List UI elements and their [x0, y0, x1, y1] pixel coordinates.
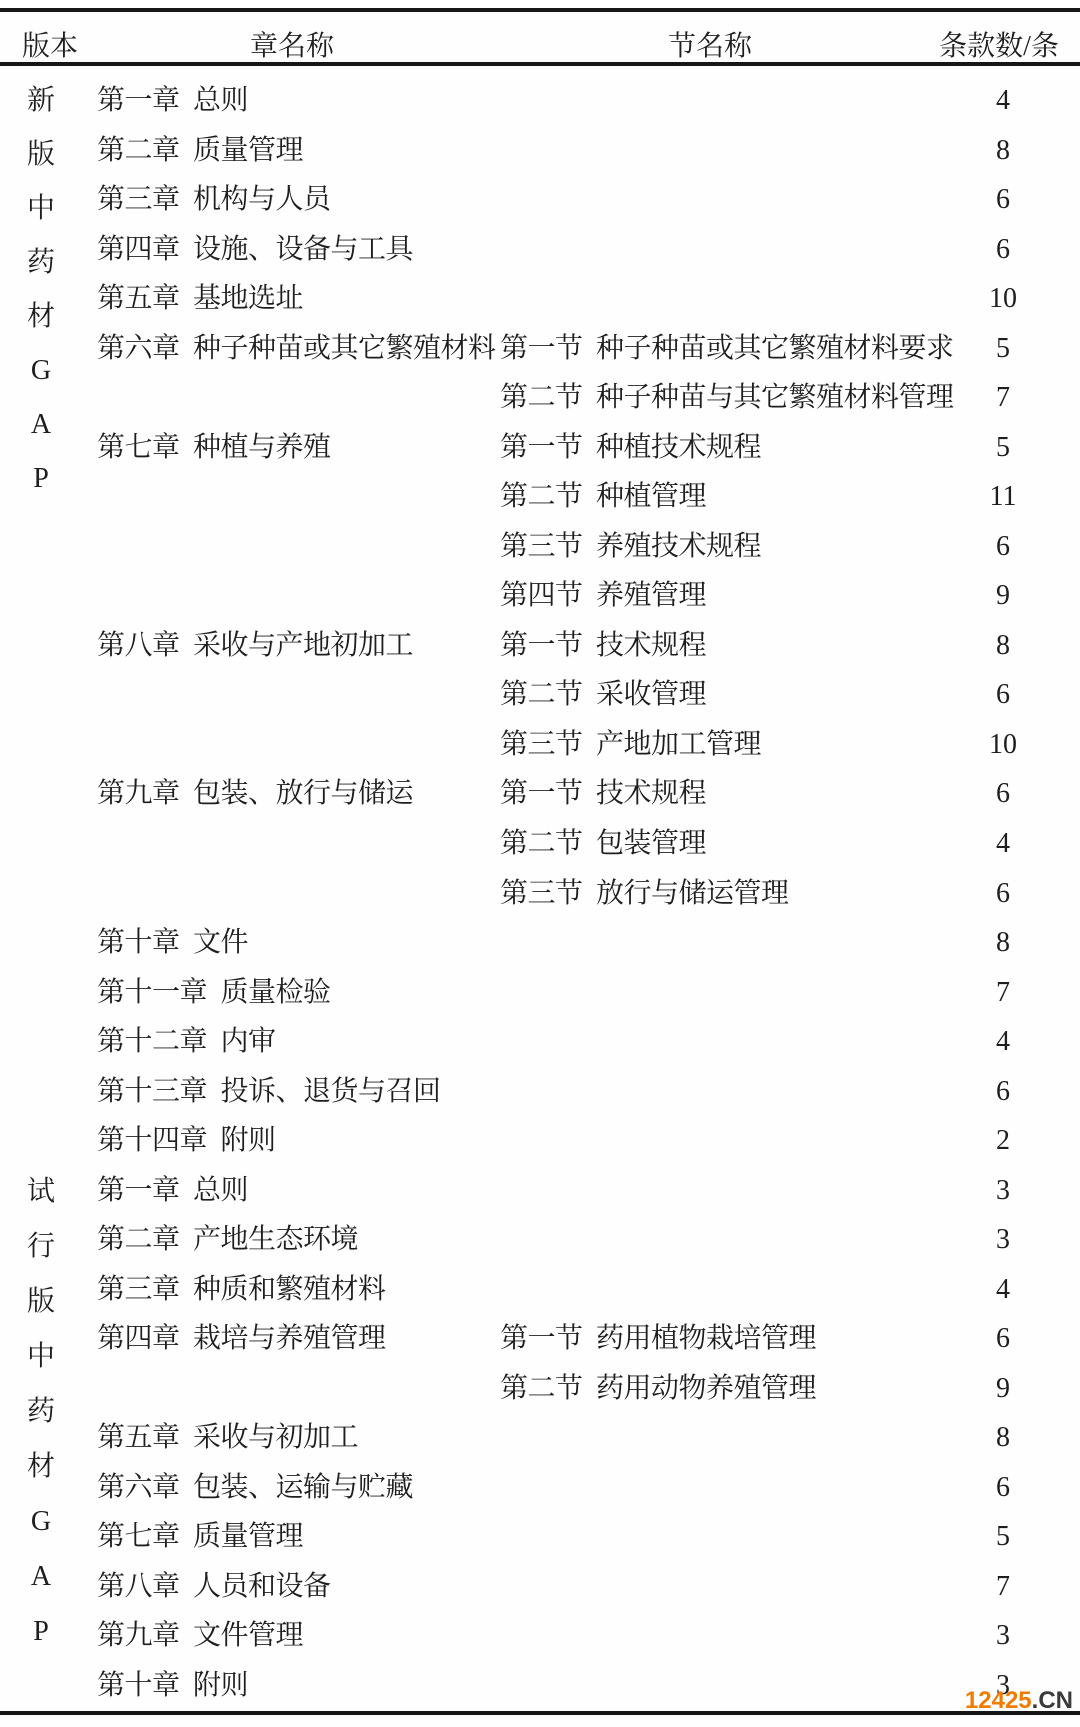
version-label-char: A [24, 1549, 58, 1604]
article-count-cell: 9 [951, 571, 1055, 621]
chapter-name-cell: 第八章 采收与产地初加工 [97, 621, 413, 671]
article-count-cell: 10 [951, 274, 1055, 324]
table-row: 第十章 文件8 [0, 918, 1080, 968]
section-name-cell: 第一节 种植技术规程 [500, 423, 761, 473]
chapter-name-cell: 第三章 种质和繁殖材料 [97, 1265, 386, 1315]
article-count-cell: 8 [951, 621, 1055, 671]
section-name-cell: 第四节 养殖管理 [500, 571, 706, 621]
chapter-name-cell: 第七章 质量管理 [97, 1512, 303, 1562]
table-row: 第八章 人员和设备7 [0, 1562, 1080, 1612]
section-name-cell: 第二节 包装管理 [500, 819, 706, 869]
article-count-cell: 6 [951, 769, 1055, 819]
table-row: 第十一章 质量检验7 [0, 968, 1080, 1018]
article-count-cell: 8 [951, 918, 1055, 968]
table-row: 第五章 基地选址10 [0, 274, 1080, 324]
article-count-cell: 11 [951, 472, 1055, 522]
article-count-cell: 8 [951, 1413, 1055, 1463]
chapter-name-cell: 第二章 质量管理 [97, 126, 303, 176]
table-row: 第三节 产地加工管理10 [0, 720, 1080, 770]
table-row: 第三节 养殖技术规程6 [0, 522, 1080, 572]
article-count-cell: 3 [951, 1166, 1055, 1216]
chapter-name-cell: 第四章 设施、设备与工具 [97, 225, 413, 275]
article-count-cell: 4 [951, 1017, 1055, 1067]
chapter-name-cell: 第十一章 质量检验 [97, 968, 331, 1018]
table-row: 第二节 包装管理4 [0, 819, 1080, 869]
chapter-name-cell: 第十章 文件 [97, 918, 248, 968]
article-count-cell: 4 [951, 819, 1055, 869]
header-section-name: 节名称 [668, 24, 752, 64]
table-top-border [0, 8, 1080, 12]
table-row: 第二节 采收管理6 [0, 670, 1080, 720]
section-name-cell: 第一节 技术规程 [500, 621, 706, 671]
chapter-name-cell: 第四章 栽培与养殖管理 [97, 1314, 386, 1364]
version-label-char: G [24, 1494, 58, 1549]
chapter-name-cell: 第五章 采收与初加工 [97, 1413, 358, 1463]
chapter-name-cell: 第十三章 投诉、退货与召回 [97, 1067, 441, 1117]
section-name-cell: 第三节 产地加工管理 [500, 720, 761, 770]
article-count-cell: 3 [951, 1611, 1055, 1661]
article-count-cell: 6 [951, 175, 1055, 225]
chapter-name-cell: 第六章 种子种苗或其它繁殖材料 [97, 324, 496, 374]
table-row: 第二章 产地生态环境3 [0, 1215, 1080, 1265]
article-count-cell: 9 [951, 1364, 1055, 1414]
article-count-cell: 6 [951, 1067, 1055, 1117]
article-count-cell: 6 [951, 1314, 1055, 1364]
article-count-cell: 4 [951, 76, 1055, 126]
chapter-name-cell: 第一章 总则 [97, 76, 248, 126]
version-label-char: P [24, 1604, 58, 1659]
table-row: 第八章 采收与产地初加工第一节 技术规程8 [0, 621, 1080, 671]
version-label-char: A [24, 398, 58, 452]
chapter-name-cell: 第六章 包装、运输与贮藏 [97, 1463, 413, 1513]
table-row: 第二节 药用动物养殖管理9 [0, 1364, 1080, 1414]
section-name-cell: 第二节 种子种苗与其它繁殖材料管理 [500, 373, 954, 423]
version-label-char: G [24, 344, 58, 398]
version-label-char: 新 [24, 74, 58, 128]
section-name-cell: 第一节 技术规程 [500, 769, 706, 819]
version-label: 新版中药材GAP [24, 74, 58, 506]
table-row: 第六章 种子种苗或其它繁殖材料第一节 种子种苗或其它繁殖材料要求5 [0, 324, 1080, 374]
article-count-cell: 6 [951, 1463, 1055, 1513]
chapter-name-cell: 第七章 种植与养殖 [97, 423, 331, 473]
table-row: 第十章 附则3 [0, 1661, 1080, 1711]
version-label-char: 版 [24, 128, 58, 182]
table-row: 第九章 包装、放行与储运第一节 技术规程6 [0, 769, 1080, 819]
version-label-char: 药 [24, 236, 58, 290]
section-name-cell: 第二节 药用动物养殖管理 [500, 1364, 816, 1414]
chapter-name-cell: 第三章 机构与人员 [97, 175, 331, 225]
table-row: 第二节 种子种苗与其它繁殖材料管理7 [0, 373, 1080, 423]
article-count-cell: 10 [951, 720, 1055, 770]
article-count-cell: 6 [951, 670, 1055, 720]
table-row: 第一章 总则4 [0, 76, 1080, 126]
version-label-char: 材 [24, 290, 58, 344]
table-header-border [0, 62, 1080, 66]
version-label-char: P [24, 452, 58, 506]
table-row: 第十三章 投诉、退货与召回6 [0, 1067, 1080, 1117]
article-count-cell: 7 [951, 373, 1055, 423]
version-label-char: 中 [24, 1329, 58, 1384]
section-name-cell: 第三节 放行与储运管理 [500, 869, 789, 919]
article-count-cell: 5 [951, 423, 1055, 473]
chapter-name-cell: 第十章 附则 [97, 1661, 248, 1711]
chapter-name-cell: 第十二章 内审 [97, 1017, 276, 1067]
chapter-name-cell: 第九章 文件管理 [97, 1611, 303, 1661]
version-label: 试行版中药材GAP [24, 1164, 58, 1659]
chapter-name-cell: 第五章 基地选址 [97, 274, 303, 324]
table-row: 第六章 包装、运输与贮藏6 [0, 1463, 1080, 1513]
document-page: 版本 章名称 节名称 条款数/条 第一章 总则4第二章 质量管理8第三章 机构与… [0, 0, 1080, 1727]
header-chapter-name: 章名称 [250, 24, 334, 64]
table-row: 第七章 种植与养殖第一节 种植技术规程5 [0, 423, 1080, 473]
article-count-cell: 7 [951, 1562, 1055, 1612]
table-row: 第三节 放行与储运管理6 [0, 869, 1080, 919]
watermark-number: 12425 [965, 1687, 1032, 1714]
table-row: 第三章 种质和繁殖材料4 [0, 1265, 1080, 1315]
article-count-cell: 5 [951, 324, 1055, 374]
version-label-char: 试 [24, 1164, 58, 1219]
version-label-char: 材 [24, 1439, 58, 1494]
table-row: 第二章 质量管理8 [0, 126, 1080, 176]
article-count-cell: 3 [951, 1215, 1055, 1265]
section-name-cell: 第一节 种子种苗或其它繁殖材料要求 [500, 324, 954, 374]
table-row: 第十二章 内审4 [0, 1017, 1080, 1067]
section-name-cell: 第三节 养殖技术规程 [500, 522, 761, 572]
table-row: 第四章 设施、设备与工具6 [0, 225, 1080, 275]
watermark-suffix: .CN [1032, 1687, 1073, 1714]
version-label-char: 版 [24, 1274, 58, 1329]
table-row: 第九章 文件管理3 [0, 1611, 1080, 1661]
table-row: 第七章 质量管理5 [0, 1512, 1080, 1562]
chapter-name-cell: 第一章 总则 [97, 1166, 248, 1216]
header-article-count: 条款数/条 [939, 24, 1059, 64]
table-row: 第三章 机构与人员6 [0, 175, 1080, 225]
article-count-cell: 8 [951, 126, 1055, 176]
table-row: 第四节 养殖管理9 [0, 571, 1080, 621]
table-row: 第四章 栽培与养殖管理第一节 药用植物栽培管理6 [0, 1314, 1080, 1364]
version-label-char: 中 [24, 182, 58, 236]
chapter-name-cell: 第九章 包装、放行与储运 [97, 769, 413, 819]
version-label-char: 药 [24, 1384, 58, 1439]
table-row: 第十四章 附则2 [0, 1116, 1080, 1166]
watermark: 12425.CN [965, 1688, 1073, 1714]
table-bottom-border [0, 1711, 1080, 1715]
section-name-cell: 第二节 采收管理 [500, 670, 706, 720]
section-name-cell: 第一节 药用植物栽培管理 [500, 1314, 816, 1364]
chapter-name-cell: 第八章 人员和设备 [97, 1562, 331, 1612]
article-count-cell: 5 [951, 1512, 1055, 1562]
header-version: 版本 [22, 24, 78, 64]
section-name-cell: 第二节 种植管理 [500, 472, 706, 522]
table-row: 第二节 种植管理11 [0, 472, 1080, 522]
article-count-cell: 7 [951, 968, 1055, 1018]
article-count-cell: 6 [951, 522, 1055, 572]
article-count-cell: 4 [951, 1265, 1055, 1315]
article-count-cell: 6 [951, 225, 1055, 275]
article-count-cell: 6 [951, 869, 1055, 919]
table-row: 第五章 采收与初加工8 [0, 1413, 1080, 1463]
chapter-name-cell: 第十四章 附则 [97, 1116, 276, 1166]
article-count-cell: 2 [951, 1116, 1055, 1166]
table-row: 第一章 总则3 [0, 1166, 1080, 1216]
chapter-name-cell: 第二章 产地生态环境 [97, 1215, 358, 1265]
version-label-char: 行 [24, 1219, 58, 1274]
